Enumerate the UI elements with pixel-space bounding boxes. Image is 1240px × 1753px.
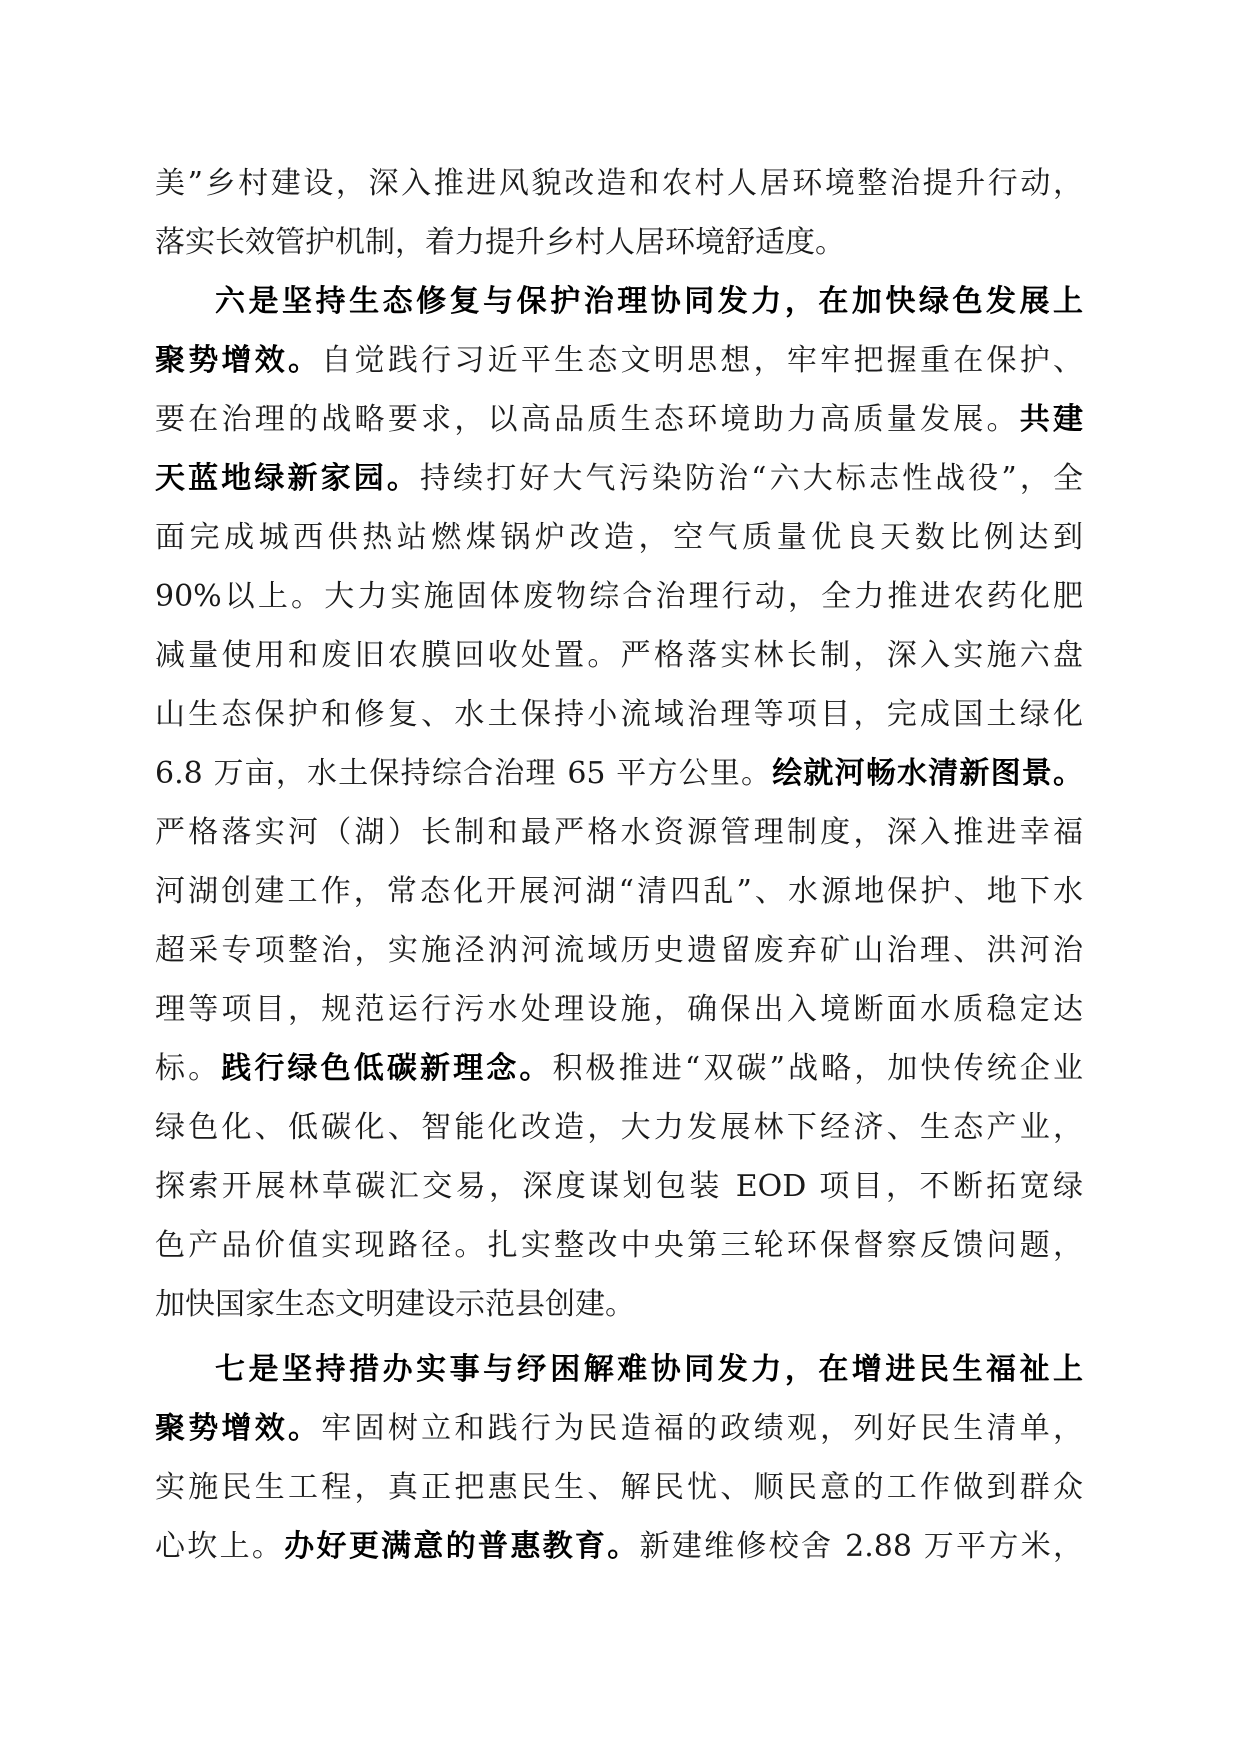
subheading: 绘就河畅水清新图景。 [772,756,1083,791]
text-line: 探索开展林草碳汇交易，深度谋划包装 EOD 项目，不断拓宽绿 [155,1157,1083,1216]
paragraph-rural-construction-continued: 美”乡村建设，深入推进风貌改造和农村人居环境整治提升行动， 落实长效管护机制，着… [155,154,1083,272]
text-line: 聚势增效。牢固树立和践行为民造福的政绩观，列好民生清单， [155,1399,1083,1458]
body-text: 减量使用和废旧农膜回收处置。严格落实林长制，深入实施六盘 [155,638,1083,673]
text-line: 6.8 万亩，水土保持综合治理 65 平方公里。绘就河畅水清新图景。 [155,744,1083,803]
body-text: 山生态保护和修复、水土保持小流域治理等项目，完成国土绿化 [155,697,1083,732]
text-line: 色产品价值实现路径。扎实整改中央第三轮环保督察反馈问题， [155,1216,1083,1275]
body-text: 河湖创建工作，常态化开展河湖“清四乱”、水源地保护、地下水 [155,874,1083,909]
body-text: 理等项目，规范运行污水处理设施，确保出入境断面水质稳定达 [155,992,1083,1027]
text-line: 聚势增效。自觉践行习近平生态文明思想，牢牢把握重在保护、 [155,331,1083,390]
text-line: 加快国家生态文明建设示范县创建。 [155,1275,1083,1334]
body-text: 色产品价值实现路径。扎实整改中央第三轮环保督察反馈问题， [155,1228,1083,1263]
body-text: 心坎上。 [155,1529,284,1564]
section-heading: 聚势增效。 [155,343,321,378]
body-text: 绿色化、低碳化、智能化改造，大力发展林下经济、生态产业， [155,1110,1083,1145]
document-page: 美”乡村建设，深入推进风貌改造和农村人居环境整治提升行动， 落实长效管护机制，着… [155,154,1083,1576]
body-text: 面完成城西供热站燃煤锅炉改造，空气质量优良天数比例达到 [155,520,1083,555]
body-text: 积极推进“双碳”战略，加快传统企业 [552,1051,1083,1086]
text-line: 山生态保护和修复、水土保持小流域治理等项目，完成国土绿化 [155,685,1083,744]
text-line: 河湖创建工作，常态化开展河湖“清四乱”、水源地保护、地下水 [155,862,1083,921]
text-line: 面完成城西供热站燃煤锅炉改造，空气质量优良天数比例达到 [155,508,1083,567]
body-text: 牢固树立和践行为民造福的政绩观，列好民生清单， [321,1411,1083,1446]
section-heading-line: 六是坚持生态修复与保护治理协同发力，在加快绿色发展上 [155,272,1083,331]
body-text: 超采专项整治，实施泾汭河流域历史遗留废弃矿山治理、洪河治 [155,933,1083,968]
text-line: 超采专项整治，实施泾汭河流域历史遗留废弃矿山治理、洪河治 [155,921,1083,980]
subheading: 天蓝地绿新家园。 [155,461,420,496]
text-line: 心坎上。办好更满意的普惠教育。新建维修校舍 2.88 万平方米， [155,1517,1083,1576]
body-text: 标。 [155,1051,221,1086]
body-text: 6.8 万亩，水土保持综合治理 65 平方公里。 [155,756,772,791]
section-heading: 聚势增效。 [155,1411,321,1446]
text-line: 减量使用和废旧农膜回收处置。严格落实林长制，深入实施六盘 [155,626,1083,685]
text-line: 严格落实河（湖）长制和最严格水资源管理制度，深入推进幸福 [155,803,1083,862]
body-text: 落实长效管护机制，着力提升乡村人居环境舒适度。 [155,225,845,260]
body-text: 探索开展林草碳汇交易，深度谋划包装 EOD 项目，不断拓宽绿 [155,1169,1083,1204]
body-text: 持续打好大气污染防治“六大标志性战役”，全 [420,461,1083,496]
body-text: 严格落实河（湖）长制和最严格水资源管理制度，深入推进幸福 [155,815,1083,850]
text-line: 90%以上。大力实施固体废物综合治理行动，全力推进农药化肥 [155,567,1083,626]
section-heading-line: 七是坚持措办实事与纾困解难协同发力，在增进民生福祉上 [155,1340,1083,1399]
text-line: 要在治理的战略要求，以高品质生态环境助力高质量发展。共建 [155,390,1083,449]
text-line: 落实长效管护机制，着力提升乡村人居环境舒适度。 [155,213,1083,272]
text-line: 绿色化、低碳化、智能化改造，大力发展林下经济、生态产业， [155,1098,1083,1157]
body-text: 实施民生工程，真正把惠民生、解民忧、顺民意的工作做到群众 [155,1470,1083,1505]
text-line: 理等项目，规范运行污水处理设施，确保出入境断面水质稳定达 [155,980,1083,1039]
text-line: 天蓝地绿新家园。持续打好大气污染防治“六大标志性战役”，全 [155,449,1083,508]
body-text: 自觉践行习近平生态文明思想，牢牢把握重在保护、 [321,343,1083,378]
subheading: 践行绿色低碳新理念。 [221,1051,552,1086]
body-text: 新建维修校舍 2.88 万平方米， [640,1529,1083,1564]
body-text: 加快国家生态文明建设示范县创建。 [155,1287,635,1322]
section-heading: 六是坚持生态修复与保护治理协同发力，在加快绿色发展上 [215,284,1083,319]
text-line: 标。践行绿色低碳新理念。积极推进“双碳”战略，加快传统企业 [155,1039,1083,1098]
text-line: 美”乡村建设，深入推进风貌改造和农村人居环境整治提升行动， [155,154,1083,213]
subheading: 共建 [1020,402,1083,437]
paragraph-ecology: 六是坚持生态修复与保护治理协同发力，在加快绿色发展上 聚势增效。自觉践行习近平生… [155,272,1083,1334]
paragraph-livelihood: 七是坚持措办实事与纾困解难协同发力，在增进民生福祉上 聚势增效。牢固树立和践行为… [155,1340,1083,1576]
section-heading: 七是坚持措办实事与纾困解难协同发力，在增进民生福祉上 [215,1352,1083,1387]
body-text: 90%以上。大力实施固体废物综合治理行动，全力推进农药化肥 [155,579,1083,614]
subheading: 办好更满意的普惠教育。 [284,1529,639,1564]
body-text: 美”乡村建设，深入推进风貌改造和农村人居环境整治提升行动， [155,166,1083,201]
text-line: 实施民生工程，真正把惠民生、解民忧、顺民意的工作做到群众 [155,1458,1083,1517]
body-text: 要在治理的战略要求，以高品质生态环境助力高质量发展。 [155,402,1020,437]
